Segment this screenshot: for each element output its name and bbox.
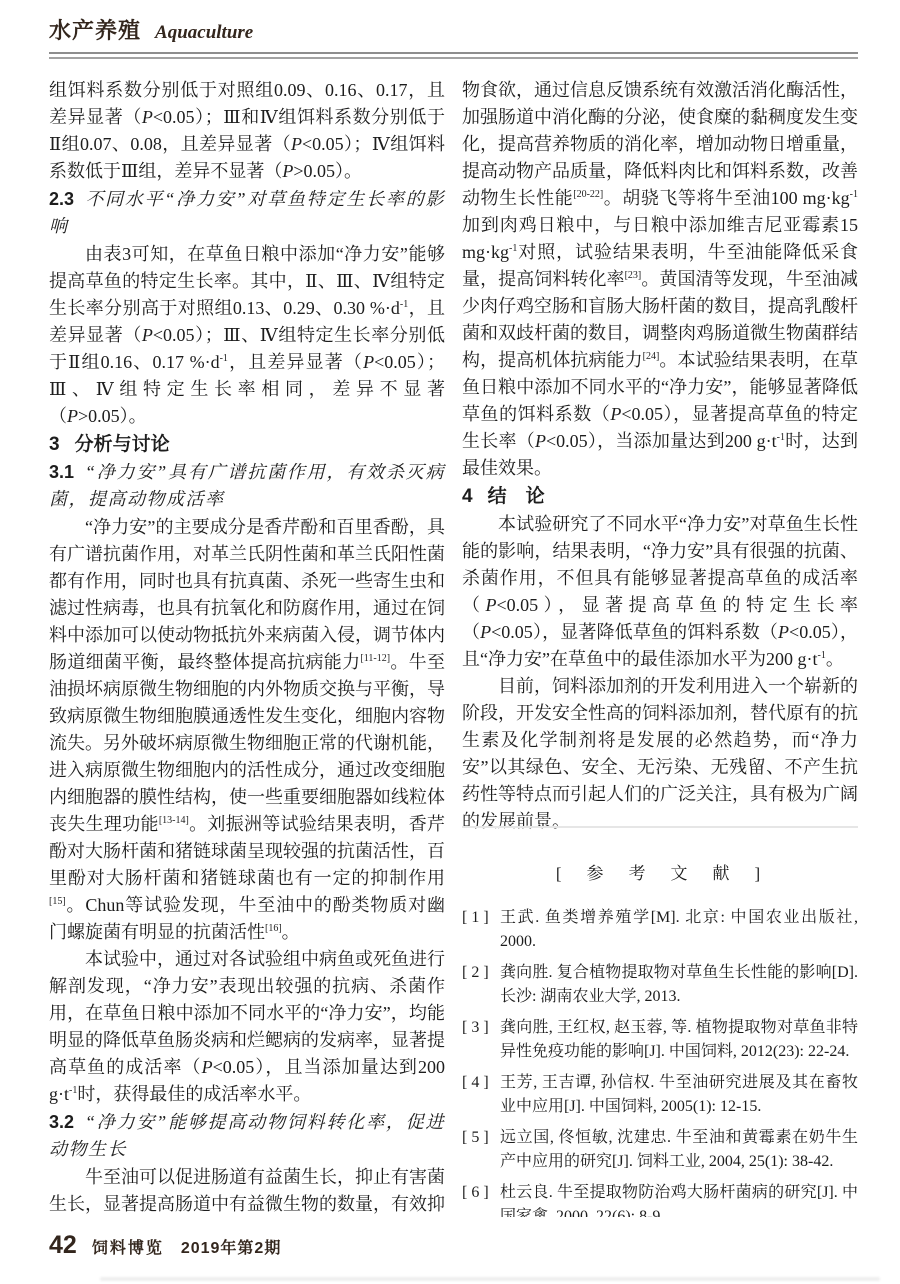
heading-text: “净力安”具有广谱抗菌作用，有效杀灭病菌，提高动物成活率: [49, 462, 445, 509]
paragraph: 本试验研究了不同水平“净力安”对草鱼生长性能的影响，结果表明，“净力安”具有很强…: [462, 511, 858, 673]
heading-text: 分析与讨论: [75, 434, 170, 455]
journal-section-title: 水产养殖: [49, 14, 141, 45]
references-header: [ 参 考 文 献 ]: [462, 860, 858, 887]
paragraph: 由表3可知，在草鱼日粮中添加“净力安”能够提高草鱼的特定生长率。其中，Ⅱ、Ⅲ、Ⅳ…: [49, 241, 445, 430]
heading-text: 不同水平“净力安”对草鱼特定生长率的影响: [49, 189, 445, 236]
column-left: 组饵料系数分别低于对照组0.09、0.16、0.17，且差异显著（P<0.05）…: [49, 77, 445, 1217]
footer-journal-name: 饲料博览: [92, 1235, 164, 1258]
scan-artifact-bottom: [100, 1277, 880, 1281]
subsection-heading: 3.1“净力安”具有广谱抗菌作用，有效杀灭病菌，提高动物成活率: [49, 459, 445, 513]
heading-number: 3.1: [49, 462, 74, 482]
paragraph: 组饵料系数分别低于对照组0.09、0.16、0.17，且差异显著（P<0.05）…: [49, 77, 445, 185]
heading-number: 2.3: [49, 189, 74, 209]
heading-text: 王武. 鱼类增养殖学[M]. 北京: 中国农业出版社, 2000.: [500, 906, 858, 954]
section-heading: 4结 论: [462, 483, 858, 510]
heading-number: [ 5 ]: [462, 1126, 500, 1174]
reference-item: [ 6 ]杜云良. 牛至提取物防治鸡大肠杆菌病的研究[J]. 中国家禽, 200…: [462, 1181, 858, 1217]
heading-text: 龚向胜, 王红权, 赵玉蓉, 等. 植物提取物对草鱼非特异性免疫功能的影响[J]…: [500, 1016, 858, 1064]
section-heading: 3分析与讨论: [49, 431, 445, 458]
paragraph: “净力安”的主要成分是香芹酚和百里香酚，具有广谱抗菌作用，对革兰氏阴性菌和革兰氏…: [49, 514, 445, 946]
footer-issue: 2019年第2期: [181, 1235, 282, 1258]
reference-item: [ 3 ]龚向胜, 王红权, 赵玉蓉, 等. 植物提取物对草鱼非特异性免疫功能的…: [462, 1016, 858, 1064]
heading-number: [ 3 ]: [462, 1016, 500, 1064]
heading-number: [ 2 ]: [462, 961, 500, 1009]
reference-item: [ 4 ]王芳, 王吉谭, 孙信权. 牛至油研究进展及其在畜牧业中应用[J]. …: [462, 1071, 858, 1119]
heading-text: 龚向胜. 复合植物提取物对草鱼生长性能的影响[D]. 长沙: 湖南农业大学, 2…: [500, 961, 858, 1009]
reference-item: [ 1 ]王武. 鱼类增养殖学[M]. 北京: 中国农业出版社, 2000.: [462, 906, 858, 954]
heading-text: “净力安”能够提高动物饲料转化率，促进动物生长: [49, 1112, 445, 1159]
page-footer: 42 饲料博览 2019年第2期: [49, 1231, 281, 1260]
heading-text: 结 论: [488, 486, 545, 507]
journal-section-title-en: Aquaculture: [155, 22, 253, 44]
heading-number: 3.2: [49, 1112, 74, 1132]
subsection-heading: 2.3不同水平“净力安”对草鱼特定生长率的影响: [49, 186, 445, 240]
heading-number: [ 1 ]: [462, 906, 500, 954]
heading-number: [ 6 ]: [462, 1181, 500, 1217]
heading-number: 3: [49, 434, 60, 455]
heading-number: 4: [462, 486, 473, 507]
header-double-rule: [49, 52, 858, 59]
heading-number: [ 4 ]: [462, 1071, 500, 1119]
column-right: 物食欲，通过信息反馈系统有效激活消化酶活性，加强肠道中消化酶的分泌，使食糜的黏稠…: [462, 77, 858, 1217]
page-header: 水产养殖 Aquaculture: [49, 14, 858, 45]
scan-artifact-line: [462, 826, 858, 828]
page-number: 42: [49, 1231, 77, 1260]
paragraph: 本试验中，通过对各试验组中病鱼或死鱼进行解剖发现，“净力安”表现出较强的抗病、杀…: [49, 946, 445, 1108]
reference-item: [ 2 ]龚向胜. 复合植物提取物对草鱼生长性能的影响[D]. 长沙: 湖南农业…: [462, 961, 858, 1009]
reference-item: [ 5 ]远立国, 佟恒敏, 沈建忠. 牛至油和黄霉素在奶牛生产中应用的研究[J…: [462, 1126, 858, 1174]
heading-text: 远立国, 佟恒敏, 沈建忠. 牛至油和黄霉素在奶牛生产中应用的研究[J]. 饲料…: [500, 1126, 858, 1174]
heading-text: 杜云良. 牛至提取物防治鸡大肠杆菌病的研究[J]. 中国家禽, 2000, 22…: [500, 1181, 858, 1217]
paragraph: 牛至油可以促进肠道有益菌生长，抑止有害菌生长，显著提高肠道中有益微生物的数量，有…: [49, 1164, 445, 1217]
content-columns: 组饵料系数分别低于对照组0.09、0.16、0.17，且差异显著（P<0.05）…: [49, 77, 858, 1217]
heading-text: 王芳, 王吉谭, 孙信权. 牛至油研究进展及其在畜牧业中应用[J]. 中国饲料,…: [500, 1071, 858, 1119]
paragraph: 物食欲，通过信息反馈系统有效激活消化酶活性，加强肠道中消化酶的分泌，使食糜的黏稠…: [462, 77, 858, 482]
subsection-heading: 3.2“净力安”能够提高动物饲料转化率，促进动物生长: [49, 1109, 445, 1163]
paragraph: 目前，饲料添加剂的开发利用进入一个崭新的阶段，开发安全性高的饲料添加剂，替代原有…: [462, 673, 858, 835]
